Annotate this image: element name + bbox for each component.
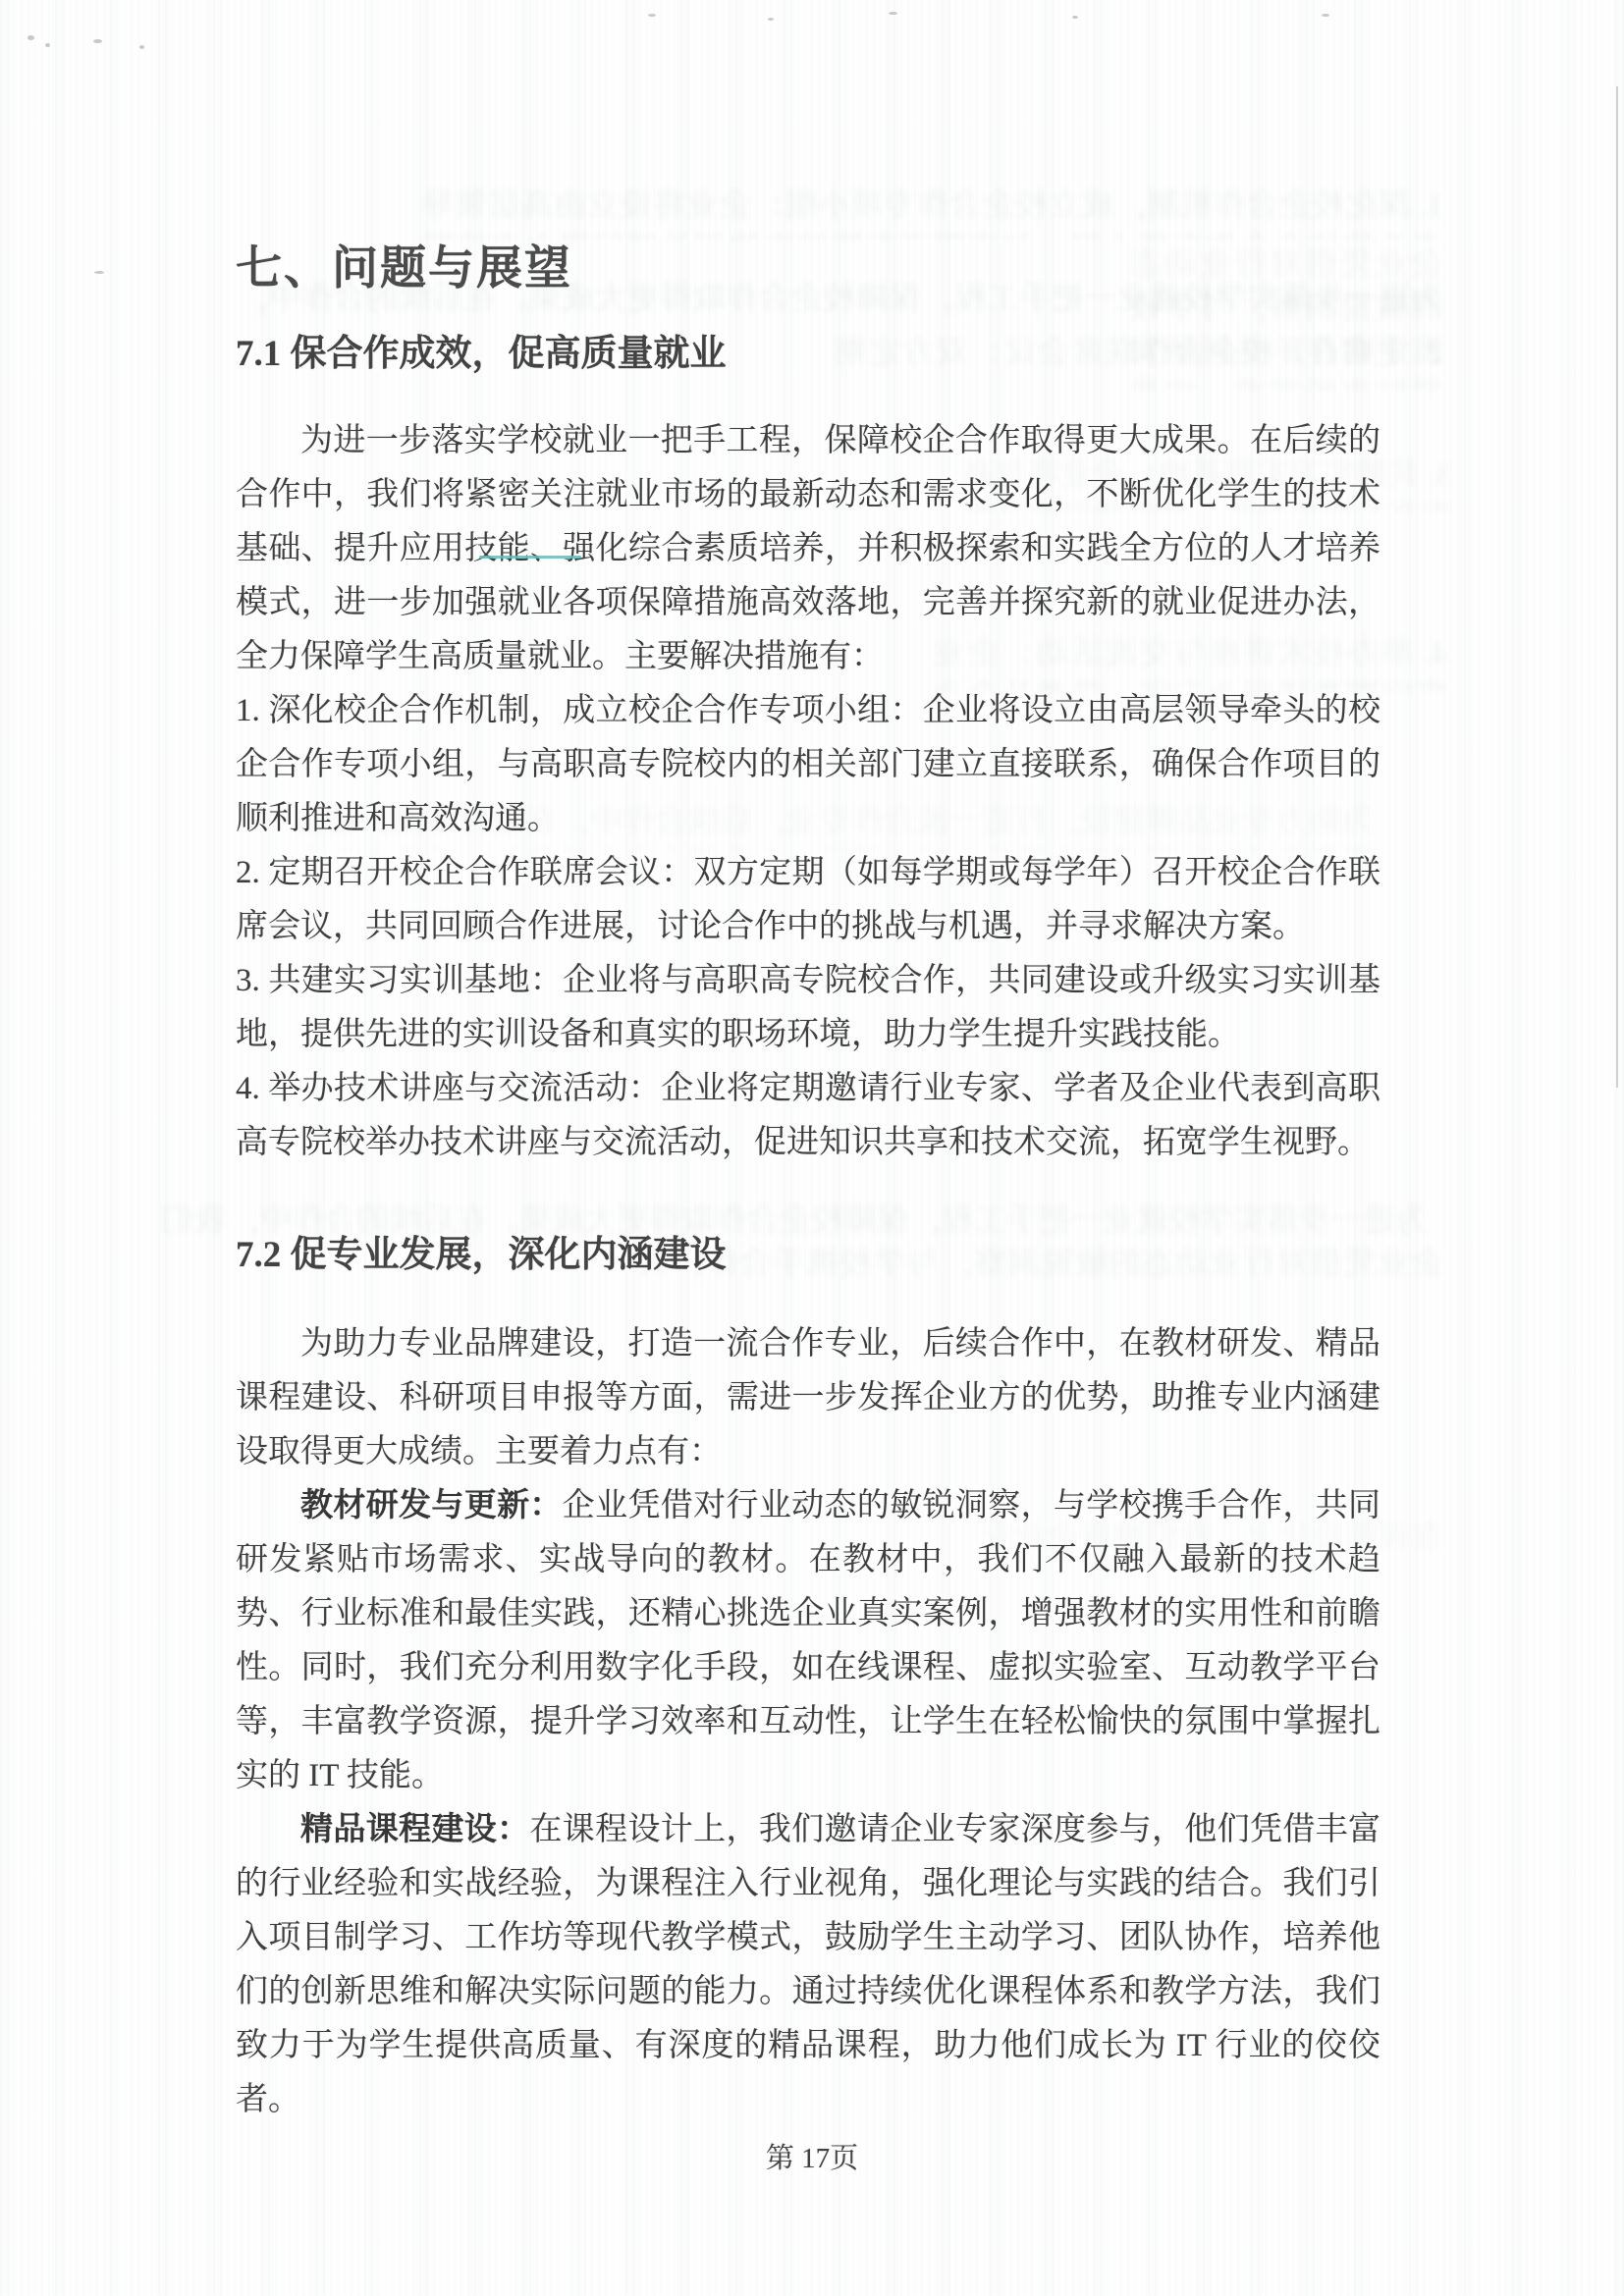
paragraph-premium-course-body: 在课程设计上，我们邀请企业专家深度参与，他们凭借丰富的行业经验和实战经验，为课程… <box>236 1812 1380 2117</box>
paragraph-premium-course-lead: 精品课程建设： <box>300 1812 529 1847</box>
list-item-3: 3. 共建实习实训基地：企业将与高职高专院校合作，共同建设或升级实习实训基地，提… <box>236 954 1380 1062</box>
scan-speck <box>1072 16 1078 19</box>
scan-speck <box>94 271 104 274</box>
paragraph-textbook-development-body: 企业凭借对行业动态的敏锐洞察，与学校携手合作，共同研发紧贴市场需求、实战导向的教… <box>236 1488 1380 1793</box>
scanned-document-page: 1. 深化校企合作机制，成立校企合作专项小组：企业将设立由高层领导牵头的校企合作… <box>0 0 1624 2296</box>
subsection-7-1-title: 7.1 保合作成效，促高质量就业 <box>236 334 1380 375</box>
document-content: 七、问题与展望 7.1 保合作成效，促高质量就业 为进一步落实学校就业一把手工程… <box>236 241 1380 2127</box>
bleedthrough-text-1: 1. 深化校企合作机制，成立校企合作专项小组：企业将设立由高层领导牵头的校企合作… <box>422 185 1443 240</box>
list-item-2: 2. 定期召开校企合作联席会议：双方定期（如每学期或每学年）召开校企合作联席会议… <box>236 846 1380 954</box>
scan-speck <box>648 14 656 17</box>
paragraph-textbook-development: 教材研发与更新：企业凭借对行业动态的敏锐洞察，与学校携手合作，共同研发紧贴市场需… <box>236 1479 1380 1803</box>
page-number: 第 17页 <box>0 2136 1624 2176</box>
subsection-7-2-title: 7.2 促专业发展，深化内涵建设 <box>236 1235 1380 1276</box>
paragraph-premium-course: 精品课程建设：在课程设计上，我们邀请企业专家深度参与，他们凭借丰富的行业经验和实… <box>236 1803 1380 2127</box>
scan-speck <box>1322 14 1329 17</box>
scan-artifact-teal-line <box>479 556 581 559</box>
scan-speck <box>27 35 34 40</box>
scan-speck <box>93 39 102 43</box>
scan-speck <box>768 18 774 21</box>
scan-speck <box>139 45 144 49</box>
list-item-1: 1. 深化校企合作机制，成立校企合作专项小组：企业将设立由高层领导牵头的校企合作… <box>236 684 1380 846</box>
scan-speck <box>889 12 897 15</box>
paragraph-textbook-development-lead: 教材研发与更新： <box>300 1488 563 1523</box>
list-item-4: 4. 举办技术讲座与交流活动：企业将定期邀请行业专家、学者及企业代表到高职高专院… <box>236 1062 1380 1170</box>
subsection-7-2-intro-paragraph: 为助力专业品牌建设，打造一流合作专业，后续合作中，在教材研发、精品课程建设、科研… <box>236 1317 1380 1479</box>
scan-speck <box>45 43 50 47</box>
section-title: 七、问题与展望 <box>236 241 1380 294</box>
scan-artifact-right-edge-line <box>1616 86 1618 1088</box>
subsection-7-1-intro-paragraph: 为进一步落实学校就业一把手工程，保障校企合作取得更大成果。在后续的合作中，我们将… <box>236 414 1380 684</box>
